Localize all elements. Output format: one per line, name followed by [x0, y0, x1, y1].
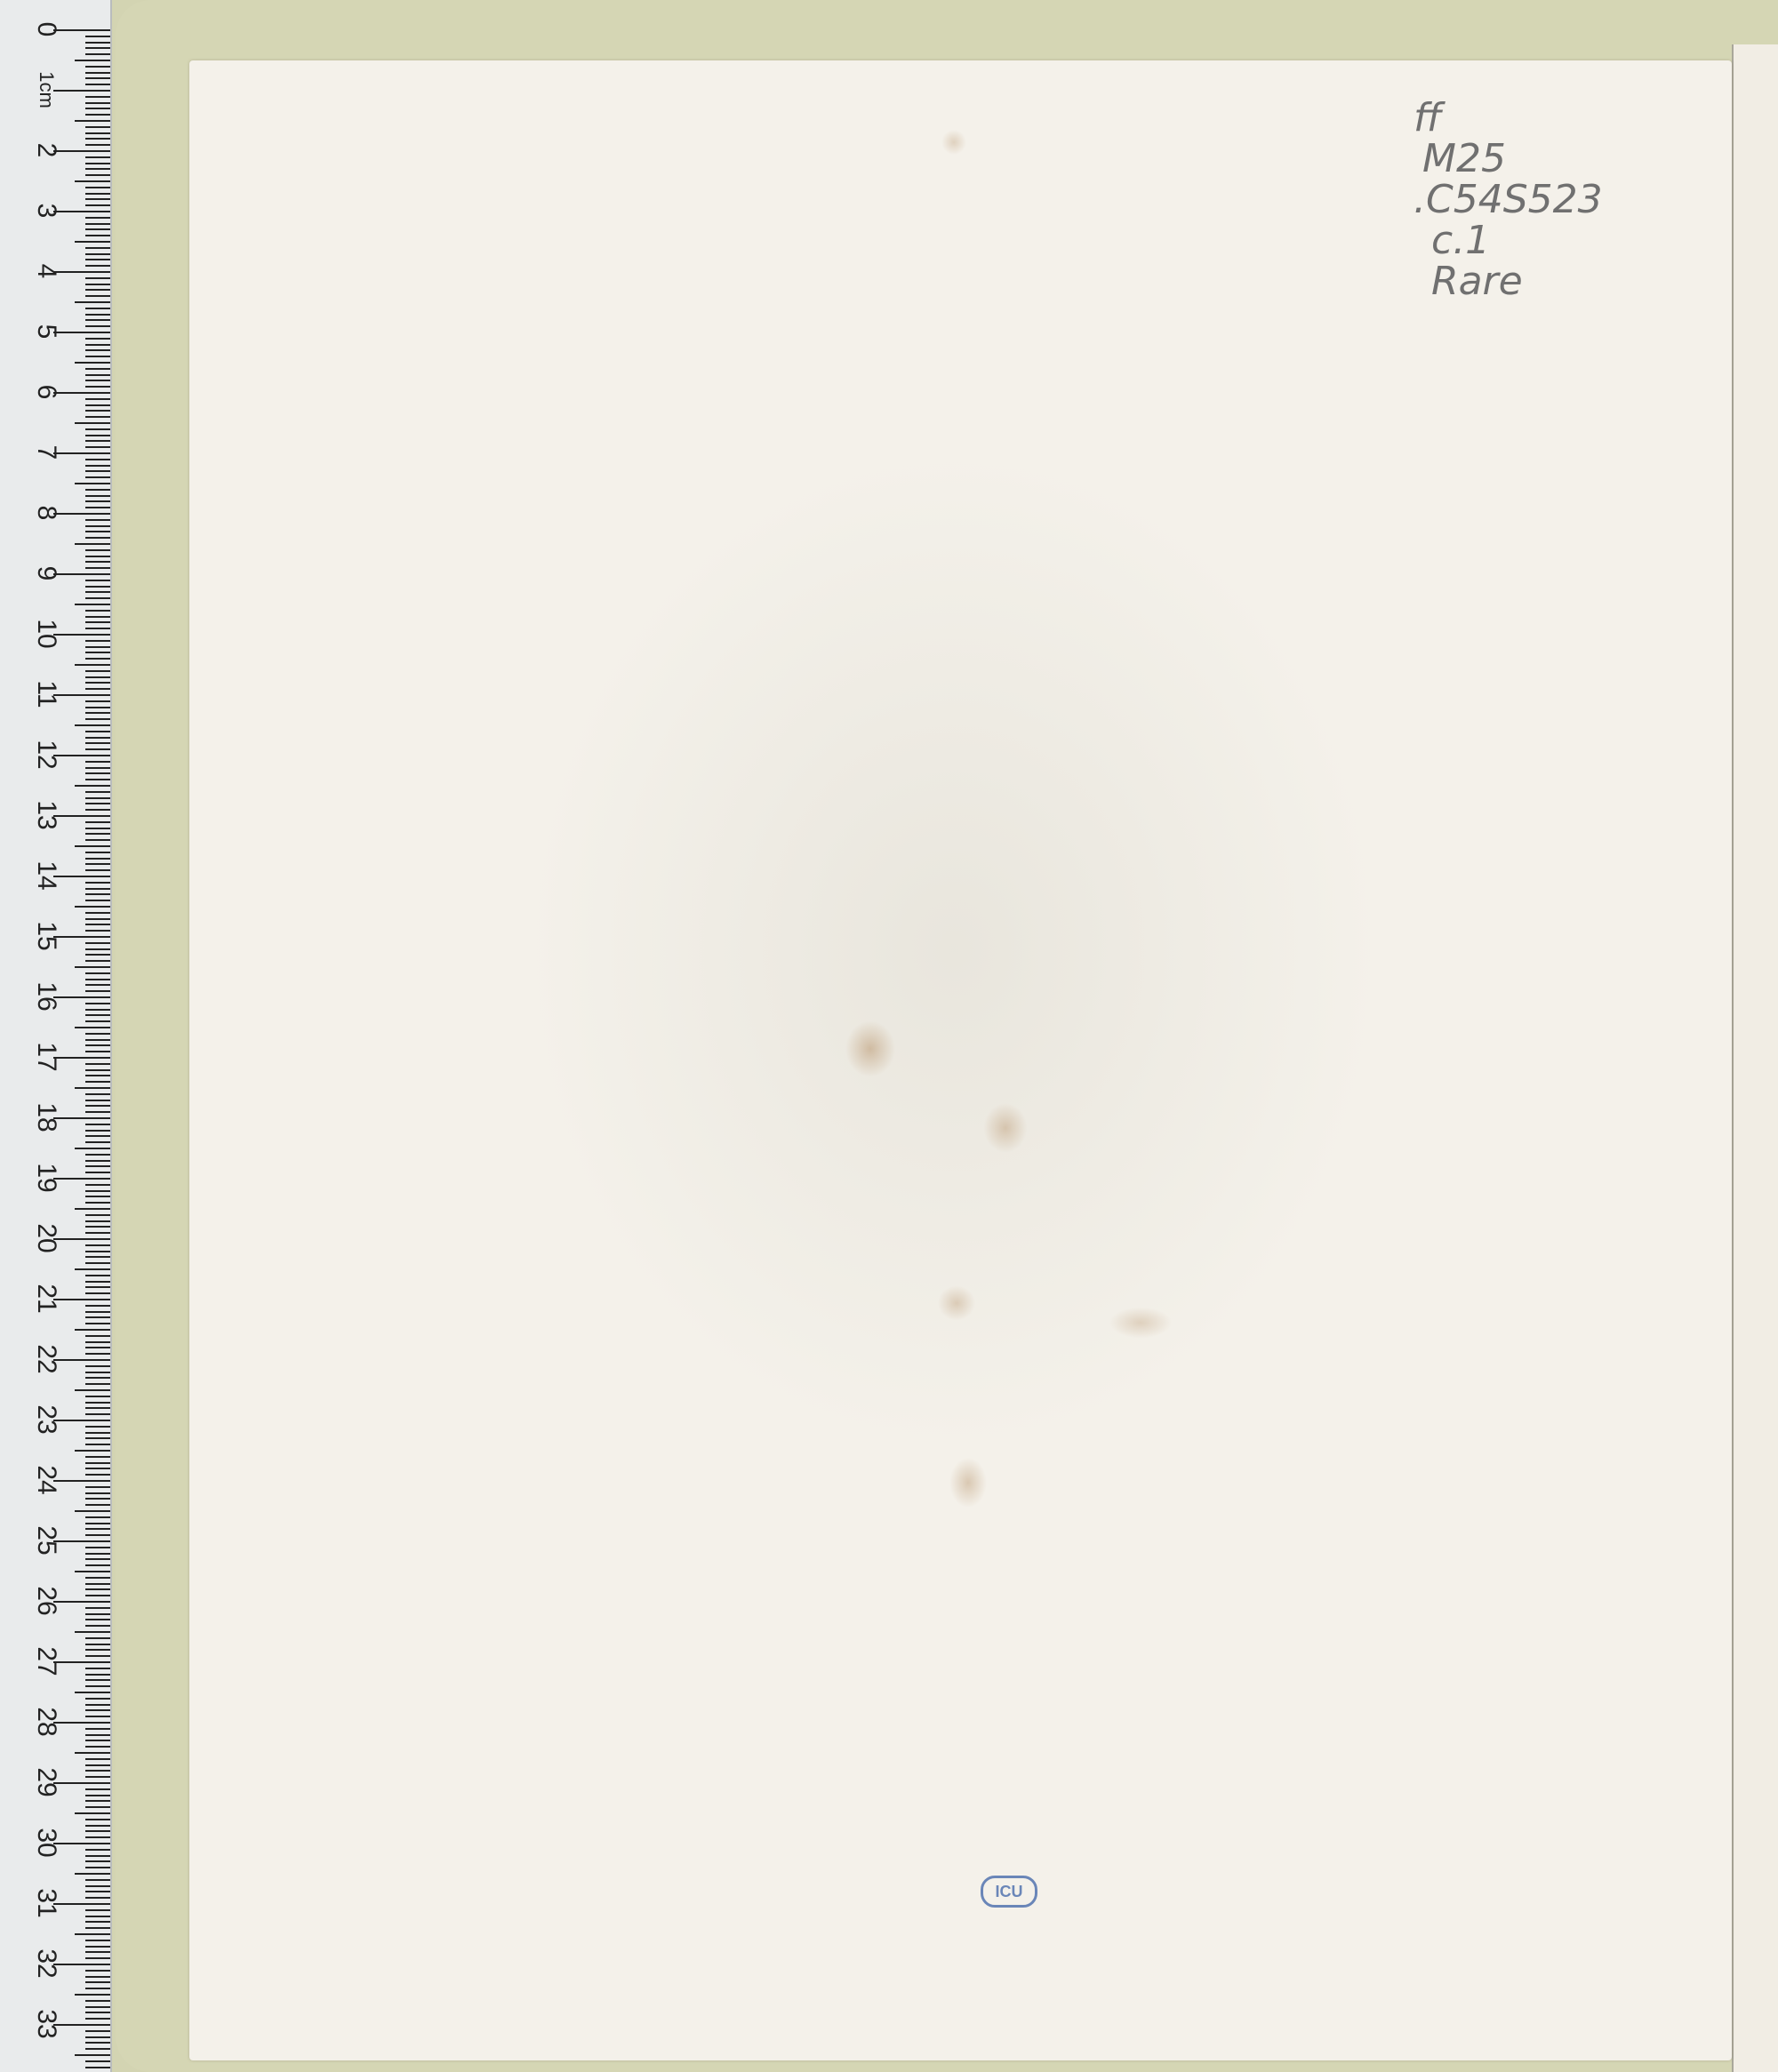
ruler-tick: [85, 1504, 110, 1506]
ruler-tick: [53, 694, 110, 696]
ruler-tick: [85, 1407, 110, 1409]
ruler-tick: [85, 1256, 110, 1258]
ruler-tick: [53, 1178, 110, 1180]
ruler-tick: [85, 53, 110, 55]
ruler-tick: [53, 211, 110, 212]
ruler-tick: [85, 2067, 110, 2068]
ruler-tick: [85, 1172, 110, 1173]
ruler-tick: [85, 1921, 110, 1923]
ruler-tick: [85, 1075, 110, 1076]
ruler-tick: [85, 1758, 110, 1760]
ruler-tick: [85, 368, 110, 370]
ruler-tick: [85, 549, 110, 551]
ruler-tick: [53, 1057, 110, 1059]
ruler-tick: [85, 204, 110, 206]
ruler-tick: [85, 1981, 110, 1983]
ruler-tick: [85, 2036, 110, 2038]
ruler-tick: [85, 66, 110, 68]
ruler-tick: [85, 863, 110, 865]
ruler-tick: [75, 1752, 110, 1754]
ruler-tick: [85, 356, 110, 357]
call-number-line-3: .C54S523: [1414, 180, 1603, 220]
ruler-tick: [85, 537, 110, 539]
ruler-tick: [85, 1625, 110, 1627]
ruler-tick: [85, 791, 110, 793]
ruler-tick: [85, 404, 110, 406]
call-number-line-2: M25: [1422, 139, 1603, 180]
ruler-tick: [85, 470, 110, 472]
ruler-tick: [75, 1510, 110, 1512]
ruler-tick: [85, 1020, 110, 1022]
ruler-tick: [85, 1523, 110, 1524]
ruler-tick: [85, 519, 110, 521]
ruler-tick: [85, 1746, 110, 1748]
ruler-tick: [85, 1335, 110, 1337]
ruler-label: 21: [33, 1272, 60, 1325]
ruler-tick: [85, 1849, 110, 1851]
ruler-tick: [85, 984, 110, 986]
ruler-tick: [53, 1782, 110, 1784]
ruler-tick: [75, 1268, 110, 1270]
ruler-tick: [85, 1819, 110, 1820]
ruler-tick: [85, 1009, 110, 1011]
ruler-tick: [85, 893, 110, 895]
ruler-tick: [85, 767, 110, 769]
ruler-tick: [85, 1716, 110, 1717]
ruler-tick: [85, 428, 110, 430]
ruler-tick: [75, 906, 110, 908]
ruler-tick: [85, 586, 110, 588]
ruler-tick: [85, 1776, 110, 1778]
ruler-label: 29: [33, 1756, 60, 1809]
ruler-tick: [85, 198, 110, 200]
ruler-tick: [85, 954, 110, 956]
ruler-label: 27: [33, 1635, 60, 1688]
ruler-tick: [85, 882, 110, 884]
ruler-tick: [75, 543, 110, 545]
ruler-tick: [85, 1927, 110, 1929]
ruler-tick: [85, 1795, 110, 1796]
ruler-tick: [85, 289, 110, 291]
ruler-tick: [85, 1244, 110, 1246]
ruler-tick: [75, 2054, 110, 2056]
ruler-tick: [85, 1528, 110, 1530]
ruler-tick: [53, 150, 110, 152]
ruler-tick: [85, 1220, 110, 1222]
ruler-tick: [85, 1462, 110, 1464]
ruler-tick: [85, 610, 110, 612]
ruler-tick: [85, 1679, 110, 1681]
ruler-tick: [85, 1644, 110, 1645]
ruler-tick: [85, 1740, 110, 1741]
ruler-label: 5: [33, 305, 60, 358]
ruler-tick: [85, 1637, 110, 1639]
ruler-tick: [85, 1124, 110, 1125]
ruler-tick: [53, 90, 110, 92]
ruler-tick: [85, 2012, 110, 2013]
ruler-label: 15: [33, 909, 60, 963]
ruler-tick: [85, 748, 110, 750]
ruler-tick: [85, 1437, 110, 1439]
ruler-tick: [53, 1964, 110, 1965]
ruler-tick: [85, 1583, 110, 1585]
ruler-tick: [85, 682, 110, 684]
ruler-tick: [85, 1311, 110, 1313]
ruler-tick: [85, 658, 110, 660]
ruler-tick: [85, 314, 110, 316]
ruler-tick: [85, 102, 110, 104]
ruler-tick: [85, 1957, 110, 1959]
ruler-label: 10: [33, 607, 60, 660]
ruler-tick: [75, 120, 110, 122]
ruler-tick: [85, 2048, 110, 2050]
ruler-label: 14: [33, 849, 60, 902]
ruler-tick: [53, 1903, 110, 1905]
ruler-tick: [85, 960, 110, 962]
ruler-label: 3: [33, 184, 60, 237]
ruler-tick: [85, 1770, 110, 1772]
ruler-tick: [85, 1100, 110, 1101]
ruler-tick: [85, 1709, 110, 1711]
ruler-tick: [85, 2042, 110, 2044]
ruler-tick: [53, 1117, 110, 1119]
ruler-tick: [85, 580, 110, 581]
ruler-tick: [85, 1323, 110, 1324]
ruler-tick: [53, 936, 110, 938]
ruler-tick: [85, 1196, 110, 1197]
ruler-tick: [85, 465, 110, 467]
ruler-tick: [85, 1940, 110, 1941]
ruler-tick: [85, 1553, 110, 1555]
ruler-tick: [85, 2006, 110, 2008]
ruler-tick: [85, 852, 110, 853]
ruler-label: 25: [33, 1514, 60, 1567]
ruler-tick: [85, 1474, 110, 1476]
ruler-tick: [85, 435, 110, 436]
ruler-tick: [75, 604, 110, 605]
ruler-tick: [85, 1402, 110, 1404]
ruler-tick: [85, 1081, 110, 1083]
ruler-tick: [85, 374, 110, 376]
ruler-tick: [85, 1885, 110, 1887]
ruler-tick: [53, 755, 110, 756]
ruler-tick: [85, 96, 110, 98]
ruler-tick: [85, 1588, 110, 1590]
ruler-tick: [85, 628, 110, 629]
ruler-tick: [85, 489, 110, 491]
ruler-tick: [85, 1613, 110, 1615]
ruler-tick: [85, 1184, 110, 1186]
ruler-tick: [75, 1027, 110, 1028]
ruler-tick: [85, 1365, 110, 1367]
ruler-tick: [85, 1003, 110, 1004]
ruler-tick: [85, 779, 110, 780]
ruler-tick: [85, 972, 110, 974]
library-stamp: ICU: [981, 1876, 1037, 1908]
ruler-tick: [85, 1976, 110, 1978]
ruler-tick: [85, 900, 110, 901]
ruler-tick: [85, 1130, 110, 1132]
ruler-label: 20: [33, 1212, 60, 1265]
ruler-tick: [85, 1685, 110, 1687]
call-number-line-4: c.1: [1431, 220, 1603, 261]
ruler-tick: [85, 259, 110, 260]
ruler-tick: [85, 1316, 110, 1318]
ruler-tick: [75, 1692, 110, 1693]
ruler-tick: [85, 163, 110, 164]
ruler-tick: [85, 1988, 110, 1989]
ruler-tick: [85, 1547, 110, 1548]
ruler-tick: [85, 1970, 110, 1972]
ruler-tick: [85, 277, 110, 279]
ruler-tick: [85, 1492, 110, 1494]
ruler-tick: [85, 591, 110, 593]
ruler-tick: [85, 410, 110, 412]
ruler-tick: [85, 1558, 110, 1560]
ruler-tick: [75, 1571, 110, 1572]
ruler-tick: [85, 1607, 110, 1609]
ruler-tick: [85, 223, 110, 225]
ruler-tick: [85, 416, 110, 418]
ruler-tick: [85, 235, 110, 236]
ruler-label: 8: [33, 486, 60, 540]
ruler-tick: [85, 349, 110, 351]
ruler-tick: [85, 1897, 110, 1899]
ruler-tick: [85, 1788, 110, 1790]
ruler-tick: [53, 1661, 110, 1663]
ruler-tick: [53, 1722, 110, 1724]
ruler-tick: [85, 1413, 110, 1415]
ruler-tick: [85, 1341, 110, 1343]
ruler-label: 13: [33, 788, 60, 842]
ruler-label: 18: [33, 1091, 60, 1144]
ruler-tick: [85, 168, 110, 170]
ruler-tick: [85, 1396, 110, 1397]
ruler-tick: [85, 1214, 110, 1216]
ruler-tick: [85, 1141, 110, 1143]
document-page: [189, 60, 1732, 2060]
ruler-tick: [53, 1480, 110, 1482]
ruler-tick: [53, 1359, 110, 1361]
call-number-line-1: ff: [1414, 98, 1603, 139]
ruler-tick: [85, 1305, 110, 1307]
ruler-tick: [75, 664, 110, 666]
ruler-tick: [85, 833, 110, 835]
ruler-tick: [53, 1420, 110, 1421]
ruler-tick: [85, 398, 110, 400]
ruler-tick: [53, 634, 110, 636]
ruler-tick: [85, 640, 110, 642]
ruler-tick: [85, 1860, 110, 1862]
ruler-tick: [85, 386, 110, 388]
adjacent-page-edge: [1732, 44, 1778, 2072]
ruler-tick: [75, 785, 110, 787]
ruler-tick: [85, 737, 110, 739]
ruler-tick: [85, 1806, 110, 1808]
ruler-tick: [85, 1516, 110, 1518]
ruler-tick: [53, 332, 110, 333]
ruler-tick: [85, 1764, 110, 1766]
ruler-label: 16: [33, 970, 60, 1023]
ruler-tick: [85, 1232, 110, 1234]
ruler-tick: [53, 271, 110, 273]
ruler-tick: [85, 440, 110, 442]
ruler-tick: [53, 1601, 110, 1603]
ruler-tick: [85, 930, 110, 932]
ruler-tick: [85, 1836, 110, 1838]
ruler-tick: [85, 1281, 110, 1283]
ruler-tick: [85, 217, 110, 219]
ruler-tick: [85, 567, 110, 569]
ruler-tick: [85, 556, 110, 557]
ruler-tick: [85, 2030, 110, 2032]
ruler-tick: [85, 1105, 110, 1107]
ruler-tick: [85, 174, 110, 176]
ruler-tick: [85, 1262, 110, 1264]
ruler-tick: [85, 1033, 110, 1035]
ruler-tick: [53, 29, 110, 31]
ruler-tick: [85, 1867, 110, 1868]
ruler-tick: [85, 1800, 110, 1802]
ruler-tick: [85, 561, 110, 563]
ruler-tick: [85, 1069, 110, 1071]
ruler-label: 12: [33, 728, 60, 781]
ruler-tick: [85, 1202, 110, 1204]
ruler-tick: [85, 138, 110, 140]
ruler-tick: [85, 1825, 110, 1827]
ruler-tick: [85, 2000, 110, 2002]
ruler-tick: [85, 1383, 110, 1385]
ruler-tick: [85, 1830, 110, 1832]
ruler-tick: [85, 132, 110, 134]
ruler-tick: [85, 36, 110, 37]
ruler-tick: [85, 1051, 110, 1052]
ruler-tick: [85, 742, 110, 744]
ruler-tick: [85, 126, 110, 128]
ruler-tick: [85, 1534, 110, 1536]
ruler-label: 2: [33, 124, 60, 177]
ruler-tick: [85, 1728, 110, 1730]
ruler-tick: [85, 646, 110, 648]
ruler-tick: [53, 513, 110, 515]
ruler-tick: [85, 2018, 110, 2020]
ruler-tick: [85, 1093, 110, 1095]
ruler-tick: [85, 308, 110, 309]
ruler-tick: [85, 325, 110, 327]
ruler-tick: [85, 990, 110, 992]
ruler-tick: [85, 1668, 110, 1669]
ruler-tick: [75, 1389, 110, 1391]
ruler-tick: [85, 459, 110, 460]
ruler-label: 28: [33, 1695, 60, 1748]
ruler-tick: [85, 924, 110, 925]
ruler-tick: [85, 858, 110, 860]
ruler-tick: [85, 1039, 110, 1041]
ruler-tick: [85, 84, 110, 85]
ruler-tick: [85, 1286, 110, 1288]
ruler-tick: [85, 1951, 110, 1953]
ruler-tick: [85, 731, 110, 732]
ruler-tick: [85, 228, 110, 230]
ruler-tick: [85, 344, 110, 346]
ruler-tick: [85, 718, 110, 720]
ruler-tick: [85, 1468, 110, 1469]
ruler-label: 33: [33, 1997, 60, 2051]
ruler-tick: [85, 1292, 110, 1294]
ruler-tick: [53, 452, 110, 454]
ruler-label: 24: [33, 1453, 60, 1507]
ruler-tick: [85, 114, 110, 116]
ruler-label: 32: [33, 1937, 60, 1990]
ruler-tick: [85, 670, 110, 672]
ruler-tick: [85, 1655, 110, 1657]
ruler-tick: [53, 1299, 110, 1300]
ruler-label: 31: [33, 1876, 60, 1930]
call-number-line-5: Rare: [1431, 261, 1603, 302]
ruler-label: 26: [33, 1574, 60, 1628]
ruler-tick: [53, 1238, 110, 1240]
ruler-tick: [85, 1190, 110, 1192]
ruler-tick: [85, 676, 110, 678]
ruler-tick: [85, 1909, 110, 1911]
ruler-tick: [85, 253, 110, 255]
ruler-label: 19: [33, 1151, 60, 1204]
ruler-tick: [75, 1329, 110, 1331]
ruler-tick: [75, 362, 110, 364]
ruler-tick: [85, 446, 110, 448]
ruler-tick: [85, 495, 110, 497]
ruler-tick: [85, 1353, 110, 1355]
ruler-tick: [75, 483, 110, 484]
ruler-tick: [85, 1649, 110, 1651]
ruler-tick: [75, 1208, 110, 1210]
ruler-tick: [85, 1698, 110, 1700]
ruler-tick: [85, 912, 110, 914]
ruler-tick: [75, 241, 110, 243]
ruler-tick: [85, 1456, 110, 1458]
ruler-tick: [85, 1704, 110, 1706]
ruler-tick: [75, 1873, 110, 1875]
ruler-tick: [85, 193, 110, 195]
ruler-tick: [85, 652, 110, 653]
ruler-tick: [85, 616, 110, 618]
ruler-tick: [85, 1347, 110, 1348]
ruler-label: 9: [33, 547, 60, 600]
ruler-tick: [85, 942, 110, 944]
ruler-tick: [85, 1498, 110, 1500]
ruler-tick: [85, 295, 110, 297]
ruler-tick: [85, 1855, 110, 1857]
ruler-tick: [85, 1879, 110, 1881]
ruler-tick: [85, 247, 110, 249]
ruler-tick: [75, 1450, 110, 1452]
ruler-tick: [85, 1577, 110, 1579]
ruler-tick: [85, 772, 110, 774]
ruler-tick: [85, 1226, 110, 1228]
ruler-label: 30: [33, 1816, 60, 1869]
ruler-tick: [85, 1044, 110, 1046]
ruler-tick: [75, 1087, 110, 1089]
ruler-tick: [85, 144, 110, 146]
ruler-tick: [85, 1063, 110, 1065]
ruler-tick: [85, 1486, 110, 1488]
ruler-tick: [85, 1160, 110, 1162]
ruler-tick: [75, 422, 110, 424]
ruler-tick: [85, 1916, 110, 1917]
ruler-tick: [85, 1135, 110, 1137]
ruler-tick: [85, 507, 110, 508]
ruler-tick: [85, 803, 110, 804]
